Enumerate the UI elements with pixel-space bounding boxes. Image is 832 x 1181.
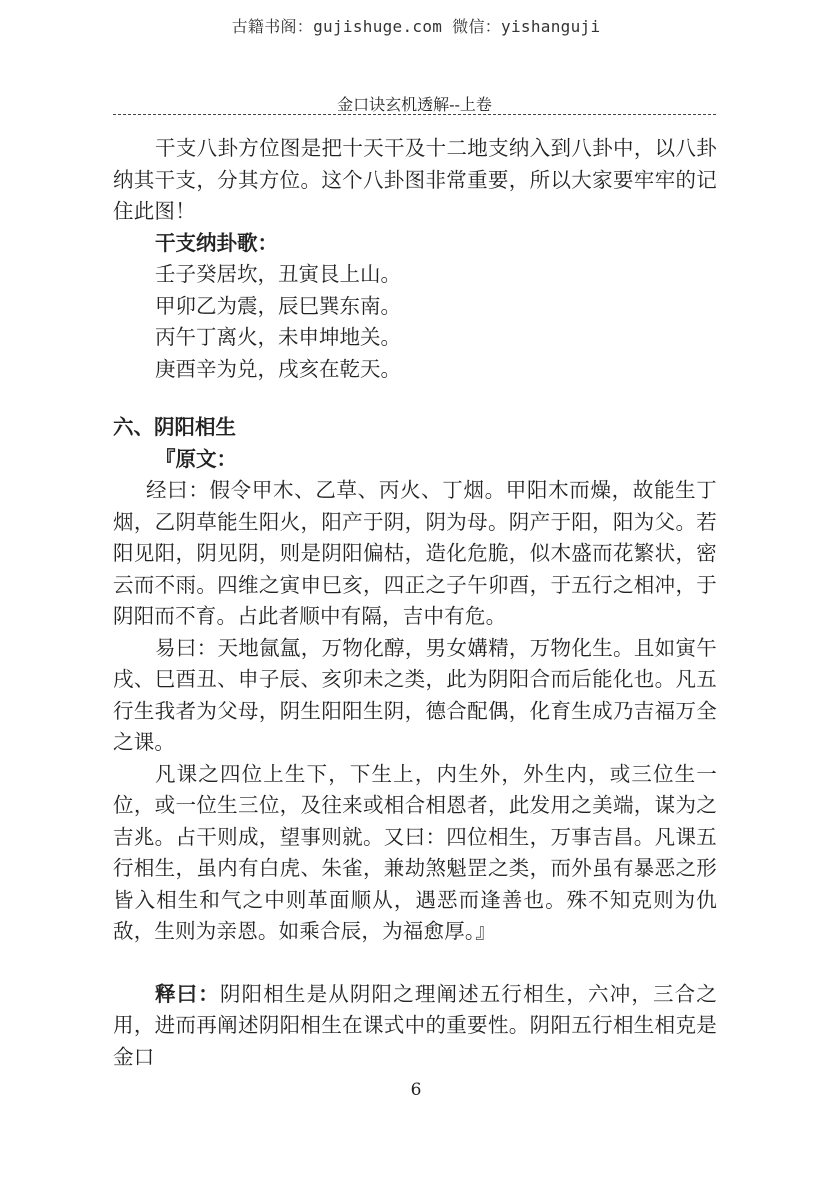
header-dashed-rule	[113, 114, 716, 115]
spacer	[113, 948, 717, 979]
song-line: 庚酉辛为兑，戌亥在乾天。	[113, 354, 717, 386]
song-title: 干支纳卦歌：	[113, 228, 717, 260]
song-line: 壬子癸居坎，丑寅艮上山。	[113, 259, 717, 291]
page-number: 6	[0, 1080, 832, 1100]
commentary-paragraph: 释曰：阴阳相生是从阴阳之理阐述五行相生，六冲，三合之用，进而再阐述阴阳相生在课式…	[113, 979, 717, 1074]
running-head: 金口诀玄机透解--上卷	[113, 92, 716, 115]
original-paragraph: 易曰：天地氤氲，万物化醇，男女媾精，万物化生。且如寅午戌、巳酉丑、申子辰、亥卯未…	[113, 633, 717, 759]
intro-paragraph: 干支八卦方位图是把十天干及十二地支纳入到八卦中，以八卦纳其干支，分其方位。这个八…	[113, 133, 717, 228]
commentary-label: 释曰：	[155, 982, 220, 1006]
original-text-label: 『原文：	[113, 444, 717, 476]
spacer	[113, 385, 717, 412]
watermark: 古籍书阁：gujishuge.com 微信：yishanguji	[0, 14, 832, 37]
original-paragraph: 凡课之四位上生下，下生上，内生外，外生内，或三位生一位，或一位生三位，及往来或相…	[113, 759, 717, 948]
page-body: 干支八卦方位图是把十天干及十二地支纳入到八卦中，以八卦纳其干支，分其方位。这个八…	[113, 133, 717, 1073]
song-line: 甲卯乙为震，辰巳巽东南。	[113, 291, 717, 323]
section-title: 六、阴阳相生	[113, 412, 717, 444]
song-line: 丙午丁离火，未申坤地关。	[113, 322, 717, 354]
original-paragraph: 经曰：假令甲木、乙草、丙火、丁烟。甲阳木而燥，故能生丁烟，乙阴草能生阳火，阳产于…	[113, 475, 717, 633]
